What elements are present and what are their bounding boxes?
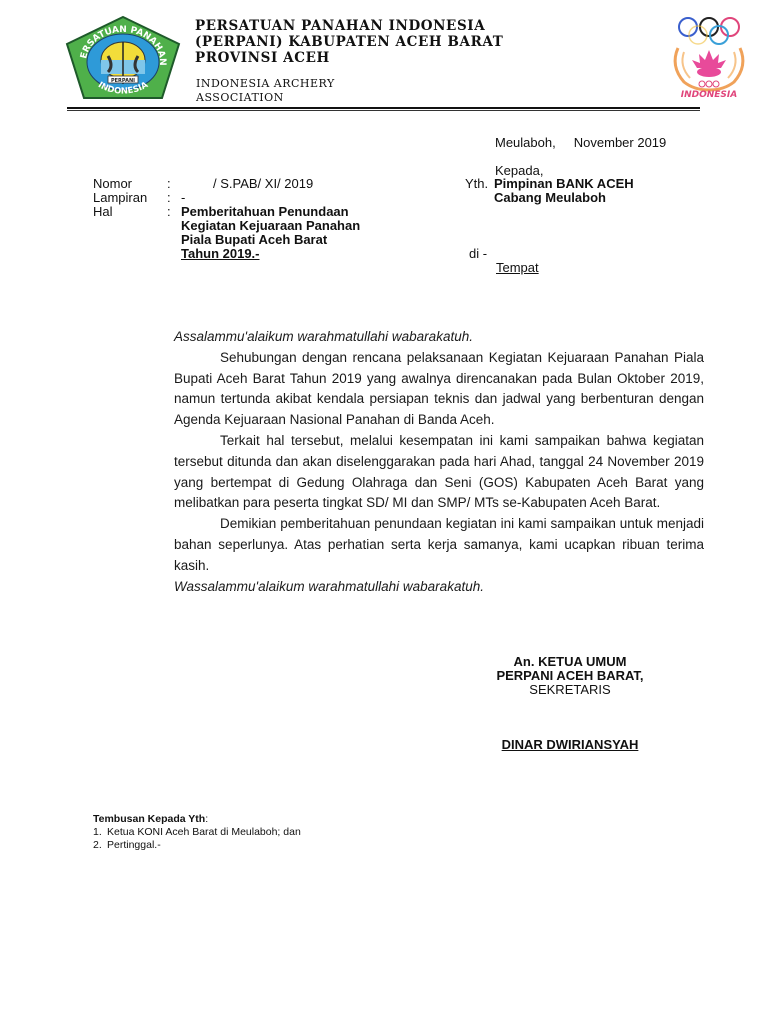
org-subtitle-line1: INDONESIA ARCHERY bbox=[196, 77, 335, 91]
recipient-tempat: Tempat bbox=[496, 261, 539, 275]
copies-item: 1.Ketua KONI Aceh Barat di Meulaboh; dan bbox=[93, 826, 301, 839]
lampiran-colon: : bbox=[167, 191, 171, 205]
recipient-line1: Pimpinan BANK ACEH bbox=[494, 177, 634, 191]
svg-text:INDONESIA: INDONESIA bbox=[681, 90, 738, 100]
org-name-line2: (PERPANI) KABUPATEN ACEH BARAT bbox=[195, 34, 503, 50]
nomor-colon: : bbox=[167, 177, 171, 191]
hal-line-1: Pemberitahuan Penundaan bbox=[181, 205, 360, 219]
closing: Wassalammu'alaikum warahmatullahi wabara… bbox=[174, 577, 704, 598]
lampiran-label: Lampiran bbox=[93, 191, 147, 205]
nomor-value: / S.PAB/ XI/ 2019 bbox=[213, 177, 313, 191]
hal-label: Hal bbox=[93, 205, 113, 219]
place-date: Meulaboh, November 2019 bbox=[495, 136, 666, 150]
copies-section: Tembusan Kepada Yth: 1.Ketua KONI Aceh B… bbox=[93, 813, 301, 852]
greeting: Assalammu'alaikum warahmatullahi wabarak… bbox=[174, 327, 704, 348]
copies-list: 1.Ketua KONI Aceh Barat di Meulaboh; dan… bbox=[93, 826, 301, 852]
org-name-line1: PERSATUAN PANAHAN INDONESIA bbox=[195, 18, 503, 34]
svg-text:PERPANI: PERPANI bbox=[111, 78, 135, 84]
copies-title: Tembusan Kepada Yth: bbox=[93, 813, 301, 826]
body-paragraph-2: Terkait hal tersebut, melalui kesempatan… bbox=[174, 431, 704, 514]
recipient-di: di - bbox=[469, 247, 487, 261]
hal-line-3: Piala Bupati Aceh Barat bbox=[181, 233, 360, 247]
lampiran-value: - bbox=[181, 191, 185, 205]
header-rule-thin bbox=[67, 110, 700, 111]
body-paragraph-1: Sehubungan dengan rencana pelaksanaan Ke… bbox=[174, 348, 704, 431]
signatory-name: DINAR DWIRIANSYAH bbox=[470, 738, 670, 752]
nomor-label: Nomor bbox=[93, 177, 132, 191]
signature-line1: An. KETUA UMUM bbox=[470, 655, 670, 669]
hal-colon: : bbox=[167, 205, 171, 219]
letter-body: Assalammu'alaikum warahmatullahi wabarak… bbox=[174, 327, 704, 597]
org-name-line3: PROVINSI ACEH bbox=[195, 50, 503, 66]
hal-line-4: Tahun 2019.- bbox=[181, 247, 360, 261]
copies-item: 2.Pertinggal.- bbox=[93, 839, 301, 852]
hal-line-2: Kegiatan Kejuaraan Panahan bbox=[181, 219, 360, 233]
org-name: PERSATUAN PANAHAN INDONESIA (PERPANI) KA… bbox=[195, 18, 503, 66]
header-rule-thick bbox=[67, 107, 700, 109]
signature-line3: SEKRETARIS bbox=[470, 683, 670, 697]
org-subtitle: INDONESIA ARCHERY ASSOCIATION bbox=[196, 77, 335, 105]
body-paragraph-3: Demikian pemberitahuan penundaan kegiata… bbox=[174, 514, 704, 576]
org-subtitle-line2: ASSOCIATION bbox=[196, 91, 335, 105]
signature-line2: PERPANI ACEH BARAT, bbox=[470, 669, 670, 683]
recipient-yth: Yth. bbox=[465, 177, 488, 191]
koni-indonesia-logo-icon: INDONESIA bbox=[668, 14, 750, 100]
hal-subject: Pemberitahuan Penundaan Kegiatan Kejuara… bbox=[181, 205, 360, 261]
recipient-line2: Cabang Meulaboh bbox=[494, 191, 606, 205]
perpani-logo-icon: PERPANI PERSATUAN PANAHAN INDONESIA bbox=[64, 14, 182, 102]
